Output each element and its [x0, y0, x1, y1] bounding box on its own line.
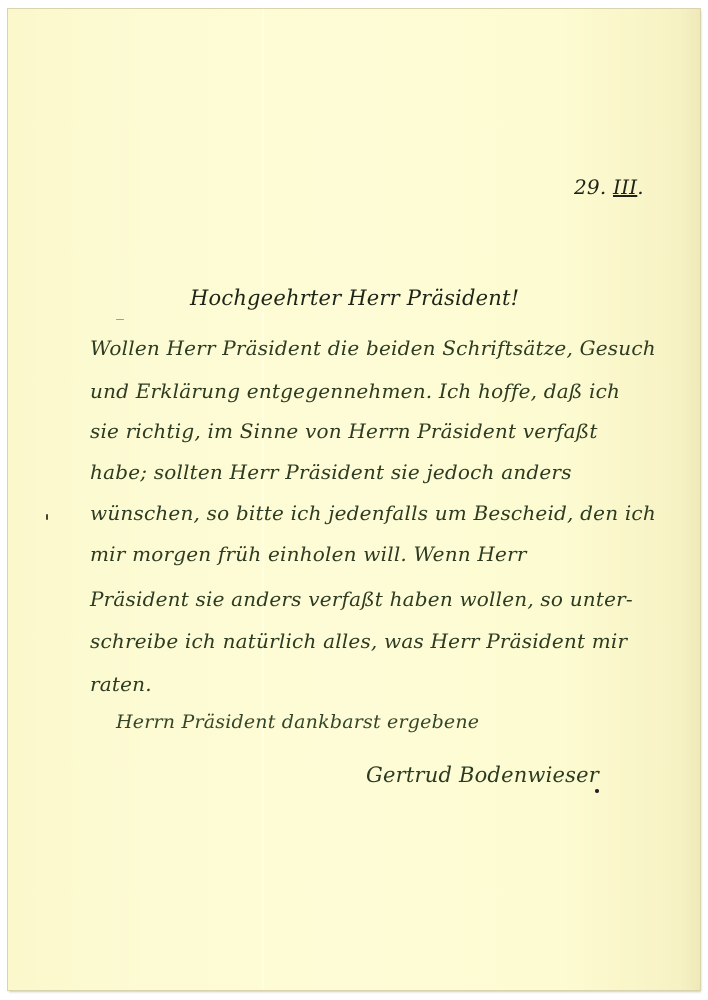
date-day: 29. [574, 175, 606, 199]
letter-page: 29. III. Hochgeehrter Herr Präsident! Wo… [8, 9, 700, 990]
ink-speck [116, 319, 124, 320]
body-line-3: sie richtig, im Sinne von Herrn Präsiden… [90, 419, 598, 443]
body-line-2: und Erklärung entgegennehmen. Ich hoffe,… [90, 379, 620, 403]
signature-period [595, 789, 599, 793]
paper-fold-line [262, 9, 264, 990]
letter-signature: Gertrud Bodenwieser [366, 763, 599, 787]
ink-speck [46, 514, 48, 520]
body-line-5: wünschen, so bitte ich jedenfalls um Bes… [90, 501, 656, 525]
body-line-6: mir morgen früh einholen will. Wenn Herr [90, 542, 527, 566]
body-line-7: Präsident sie anders verfaßt haben wolle… [90, 587, 633, 611]
date-trailing-period: . [637, 175, 644, 199]
date-month: III [613, 175, 637, 199]
body-line-4: habe; sollten Herr Präsident sie jedoch … [90, 460, 572, 484]
letter-date: 29. III. [574, 175, 644, 199]
letter-salutation: Hochgeehrter Herr Präsident! [190, 286, 519, 310]
letter-closing: Herrn Präsident dankbarst ergebene [116, 711, 479, 733]
body-line-9: raten. [90, 672, 152, 696]
body-line-1: Wollen Herr Präsident die beiden Schrift… [90, 336, 656, 360]
body-line-8: schreibe ich natürlich alles, was Herr P… [90, 629, 627, 653]
